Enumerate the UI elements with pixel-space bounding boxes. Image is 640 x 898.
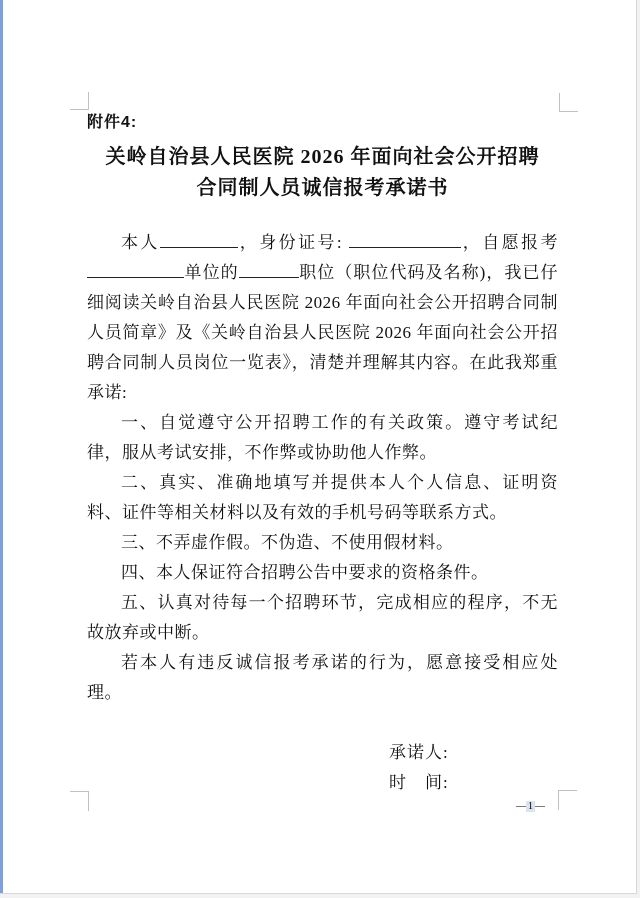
document-title: 关岭自治县人民医院 2026 年面向社会公开招聘 合同制人员诚信报考承诺书 (87, 142, 558, 204)
document-title-line2: 合同制人员诚信报考承诺书 (87, 173, 558, 204)
text-boundary-mark-bottom-right (558, 790, 577, 810)
intro-paragraph: 本人，身份证号: ，自愿报考单位的职位（职位代码及名称)，我已仔细阅读关岭自治县… (87, 228, 558, 408)
commitment-item-1: 一、自觉遵守公开招聘工作的有关政策。遵守考试纪律，服从考试安排，不作弊或协助他人… (87, 408, 558, 468)
document-body: 本人，身份证号: ，自愿报考单位的职位（职位代码及名称)，我已仔细阅读关岭自治县… (87, 228, 558, 708)
date-label: 时 间: (389, 768, 558, 798)
page-number-field: 1 (526, 801, 535, 812)
window-left-edge-accent (0, 0, 3, 893)
document-title-line1: 关岭自治县人民医院 2026 年面向社会公开招聘 (87, 142, 558, 173)
attachment-label: 附件4: (87, 112, 558, 134)
commitment-item-2: 二、真实、准确地填写并提供本人个人信息、证明资料、证件等相关材料以及有效的手机号… (87, 468, 558, 528)
position-blank-line (239, 262, 299, 278)
commitment-item-3: 三、不弄虚作假。不伪造、不使用假材料。 (87, 528, 558, 558)
commitment-item-5: 五、认真对待每一个招聘环节，完成相应的程序，不无故放弃或中断。 (87, 588, 558, 648)
text-boundary-mark-top-right (559, 93, 578, 112)
commitment-item-4: 四、本人保证符合招聘公告中要求的资格条件。 (87, 558, 558, 588)
intro-apply-text: ，自愿报考 (461, 233, 558, 252)
document-content: 附件4: 关岭自治县人民医院 2026 年面向社会公开招聘 合同制人员诚信报考承… (87, 112, 558, 798)
intro-id-label: ，身份证号: (238, 233, 349, 252)
name-blank-line (160, 232, 238, 248)
intro-name-prefix: 本人 (121, 233, 160, 252)
promisor-label: 承诺人: (389, 738, 558, 768)
unit-blank-line-part2 (120, 262, 184, 278)
text-boundary-mark-top-left (70, 92, 89, 110)
footer-dash-left: — (516, 801, 526, 812)
signature-block: 承诺人: 时 间: (389, 738, 558, 798)
footer-dash-right: — (535, 801, 545, 812)
id-number-blank-line (349, 232, 461, 248)
document-page[interactable]: 附件4: 关岭自治县人民医院 2026 年面向社会公开招聘 合同制人员诚信报考承… (0, 0, 637, 894)
page-footer: —1— (516, 801, 545, 813)
unit-blank-line-part1 (87, 262, 120, 278)
intro-rest-text: 职位（职位代码及名称)，我已仔细阅读关岭自治县人民医院 2026 年面向社会公开… (87, 263, 558, 402)
intro-unit-text: 单位的 (184, 263, 239, 282)
closing-paragraph: 若本人有违反诚信报考承诺的行为，愿意接受相应处理。 (87, 648, 558, 708)
